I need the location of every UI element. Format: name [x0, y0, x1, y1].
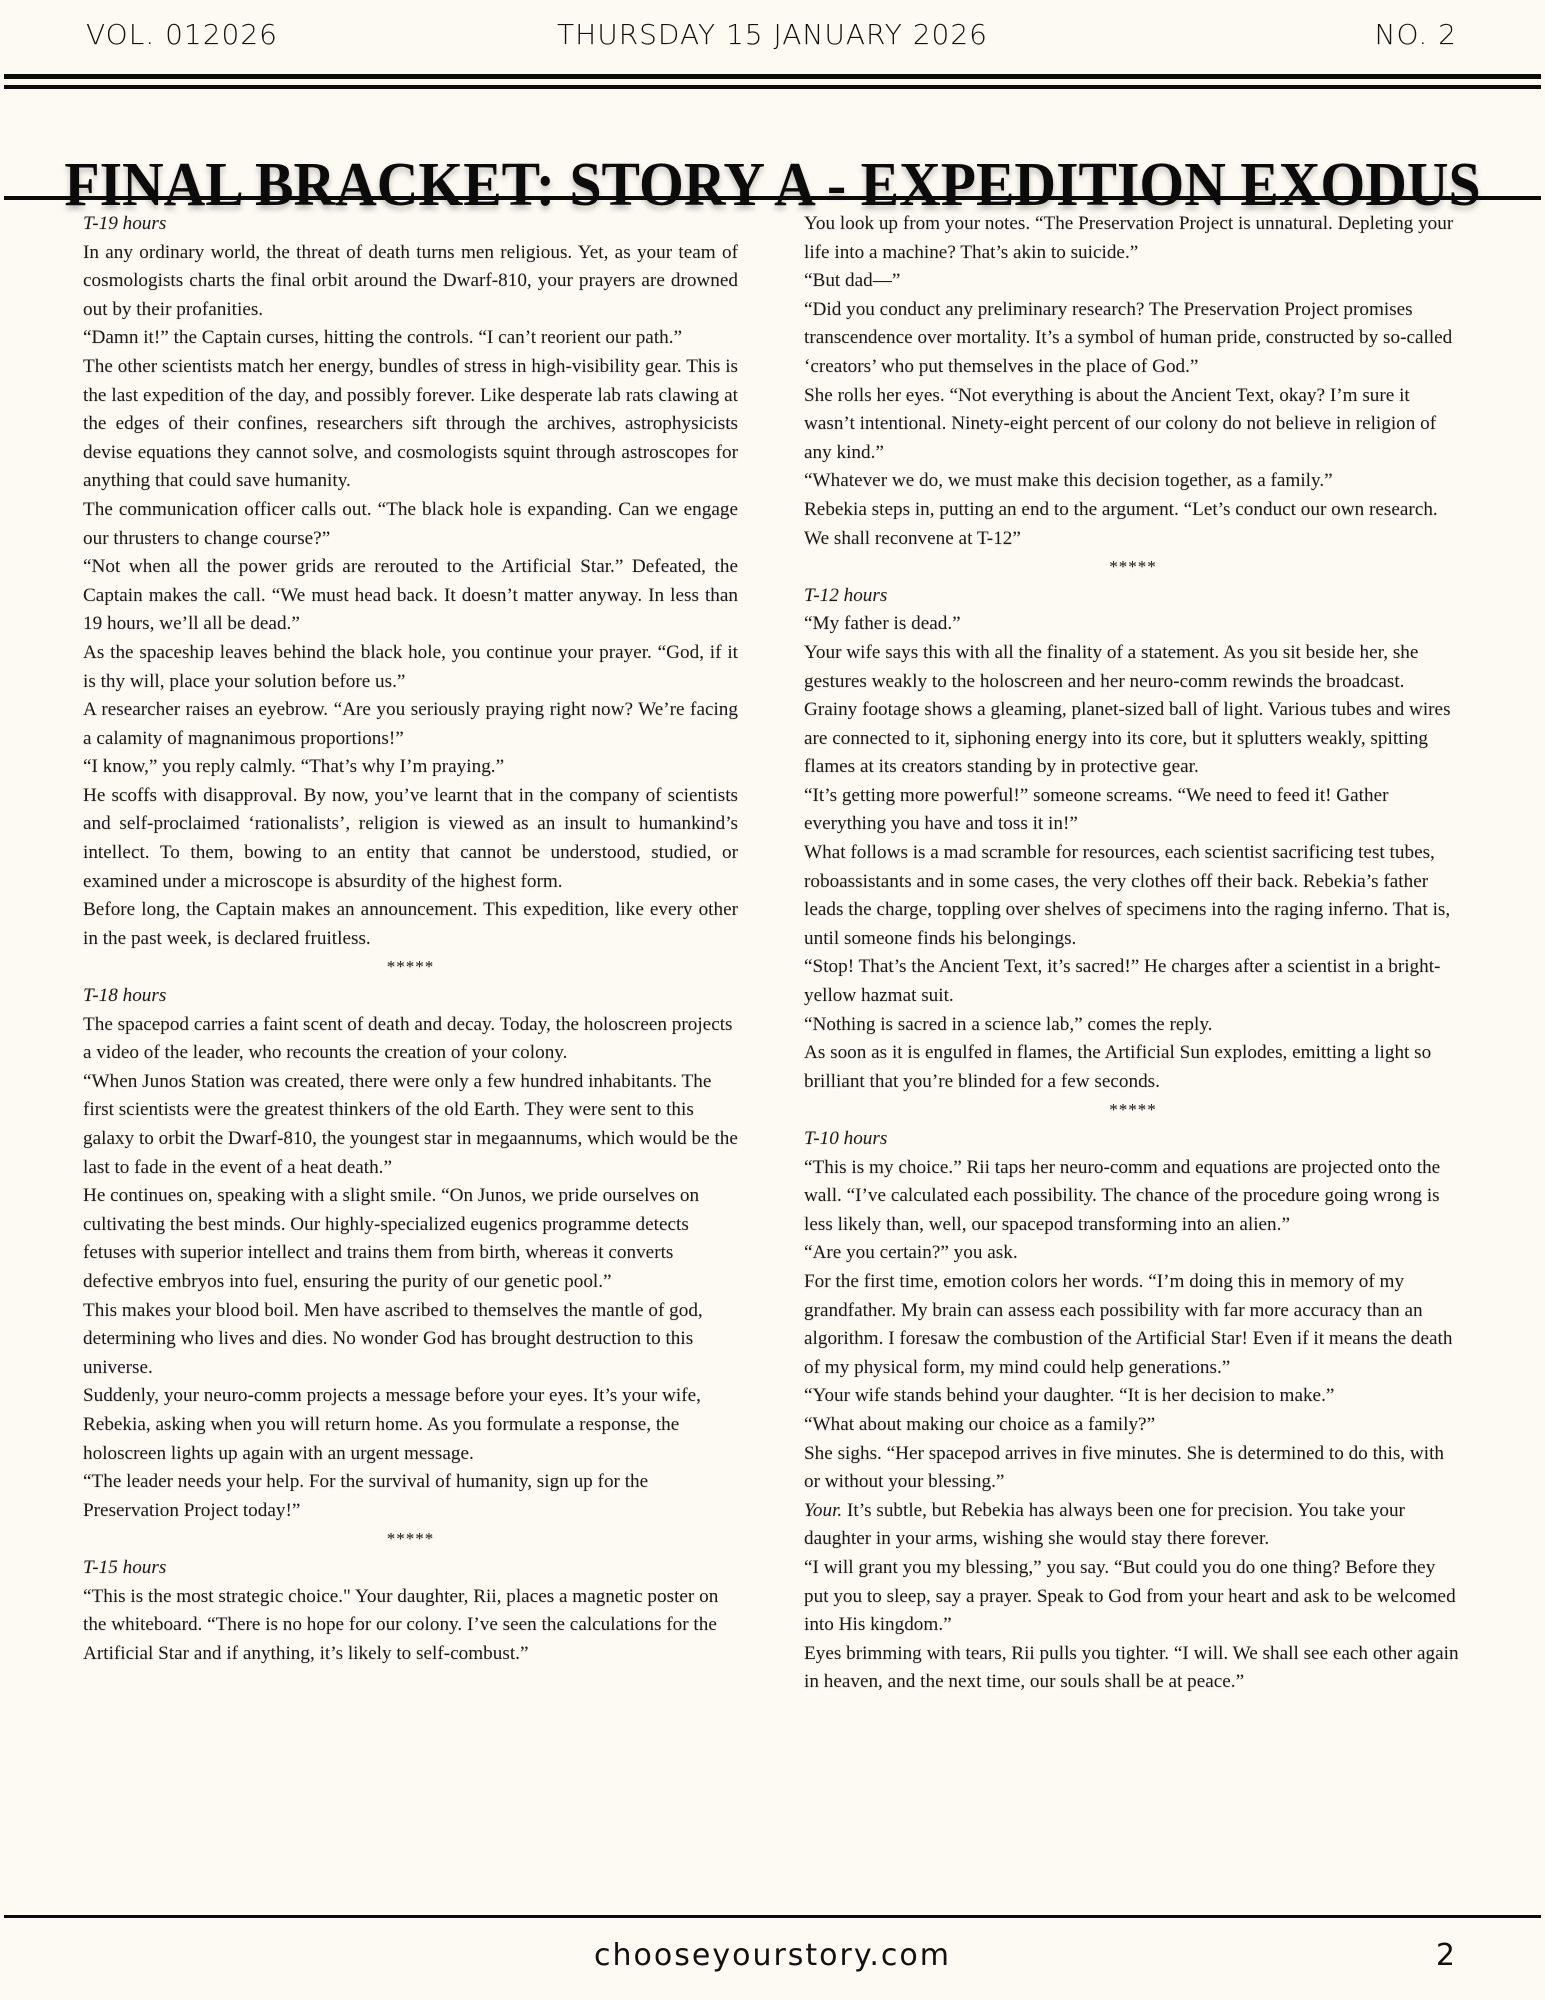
article-column-left: T-19 hours In any ordinary world, the th… — [83, 210, 738, 1668]
paragraph: Rebekia steps in, putting an end to the … — [804, 496, 1462, 553]
paragraph: What follows is a mad scramble for resou… — [804, 839, 1462, 953]
section-label-t19: T-19 hours — [83, 210, 738, 239]
section-label-t15: T-15 hours — [83, 1554, 738, 1583]
masthead-rule-second — [4, 85, 1541, 89]
paragraph: “But dad—” — [804, 267, 1462, 296]
headline-rule — [4, 196, 1541, 200]
footer-website-link[interactable]: chooseyourstory.com — [0, 1938, 1545, 1973]
paragraph: “It’s getting more powerful!” someone sc… — [804, 782, 1462, 839]
paragraph: “Whatever we do, we must make this decis… — [804, 467, 1462, 496]
paragraph: She sighs. “Her spacepod arrives in five… — [804, 1440, 1462, 1497]
paragraph: “This is my choice.” Rii taps her neuro-… — [804, 1154, 1462, 1240]
issue-number: NO. 2 — [1375, 18, 1457, 51]
paragraph: As soon as it is engulfed in flames, the… — [804, 1039, 1462, 1096]
emphasis: Your. — [804, 1500, 842, 1521]
paragraph: For the first time, emotion colors her w… — [804, 1268, 1462, 1382]
paragraph: “What about making our choice as a famil… — [804, 1411, 1462, 1440]
paragraph: “Nothing is sacred in a science lab,” co… — [804, 1011, 1462, 1040]
section-label-t10: T-10 hours — [804, 1125, 1462, 1154]
paragraph: Your wife says this with all the finalit… — [804, 639, 1462, 696]
paragraph: The communication officer calls out. “Th… — [83, 496, 738, 553]
paragraph: Before long, the Captain makes an announ… — [83, 896, 738, 953]
paragraph: “Did you conduct any preliminary researc… — [804, 296, 1462, 382]
paragraph: “Damn it!” the Captain curses, hitting t… — [83, 324, 738, 353]
paragraph: “Not when all the power grids are rerout… — [83, 553, 738, 639]
section-separator: ***** — [804, 553, 1462, 582]
paragraph: “I know,” you reply calmly. “That’s why … — [83, 753, 738, 782]
paragraph: He scoffs with disapproval. By now, you’… — [83, 782, 738, 896]
section-label-t18: T-18 hours — [83, 982, 738, 1011]
issue-date: THURSDAY 15 JANUARY 2026 — [0, 18, 1545, 51]
paragraph: Your. It’s subtle, but Rebekia has alway… — [804, 1497, 1462, 1554]
paragraph: Grainy footage shows a gleaming, planet-… — [804, 696, 1462, 782]
paragraph: The other scientists match her energy, b… — [83, 353, 738, 496]
article-column-right: You look up from your notes. “The Preser… — [804, 210, 1462, 1697]
paragraph: In any ordinary world, the threat of dea… — [83, 239, 738, 325]
section-label-t12: T-12 hours — [804, 582, 1462, 611]
paragraph: “Are you certain?” you ask. — [804, 1239, 1462, 1268]
paragraph: He continues on, speaking with a slight … — [83, 1182, 738, 1296]
paragraph: She rolls her eyes. “Not everything is a… — [804, 382, 1462, 468]
masthead-meta: VOL. 012026 THURSDAY 15 JANUARY 2026 NO.… — [0, 18, 1545, 62]
section-separator: ***** — [83, 1525, 738, 1554]
page-number: 2 — [1436, 1938, 1455, 1973]
paragraph-text: It’s subtle, but Rebekia has always been… — [804, 1500, 1405, 1550]
section-separator: ***** — [83, 953, 738, 982]
paragraph: “When Junos Station was created, there w… — [83, 1068, 738, 1182]
paragraph: “Stop! That’s the Ancient Text, it’s sac… — [804, 953, 1462, 1010]
paragraph: “This is the most strategic choice." You… — [83, 1583, 738, 1669]
paragraph: Eyes brimming with tears, Rii pulls you … — [804, 1640, 1462, 1697]
masthead-rule-top — [4, 74, 1541, 79]
paragraph: A researcher raises an eyebrow. “Are you… — [83, 696, 738, 753]
paragraph: “I will grant you my blessing,” you say.… — [804, 1554, 1462, 1640]
paragraph: The spacepod carries a faint scent of de… — [83, 1011, 738, 1068]
paragraph: Suddenly, your neuro-comm projects a mes… — [83, 1382, 738, 1468]
footer-rule — [4, 1915, 1541, 1918]
paragraph: This makes your blood boil. Men have asc… — [83, 1297, 738, 1383]
paragraph: “Your wife stands behind your daughter. … — [804, 1382, 1462, 1411]
section-separator: ***** — [804, 1096, 1462, 1125]
paragraph: As the spaceship leaves behind the black… — [83, 639, 738, 696]
paragraph: “The leader needs your help. For the sur… — [83, 1468, 738, 1525]
paragraph: “My father is dead.” — [804, 610, 1462, 639]
paragraph: You look up from your notes. “The Preser… — [804, 210, 1462, 267]
